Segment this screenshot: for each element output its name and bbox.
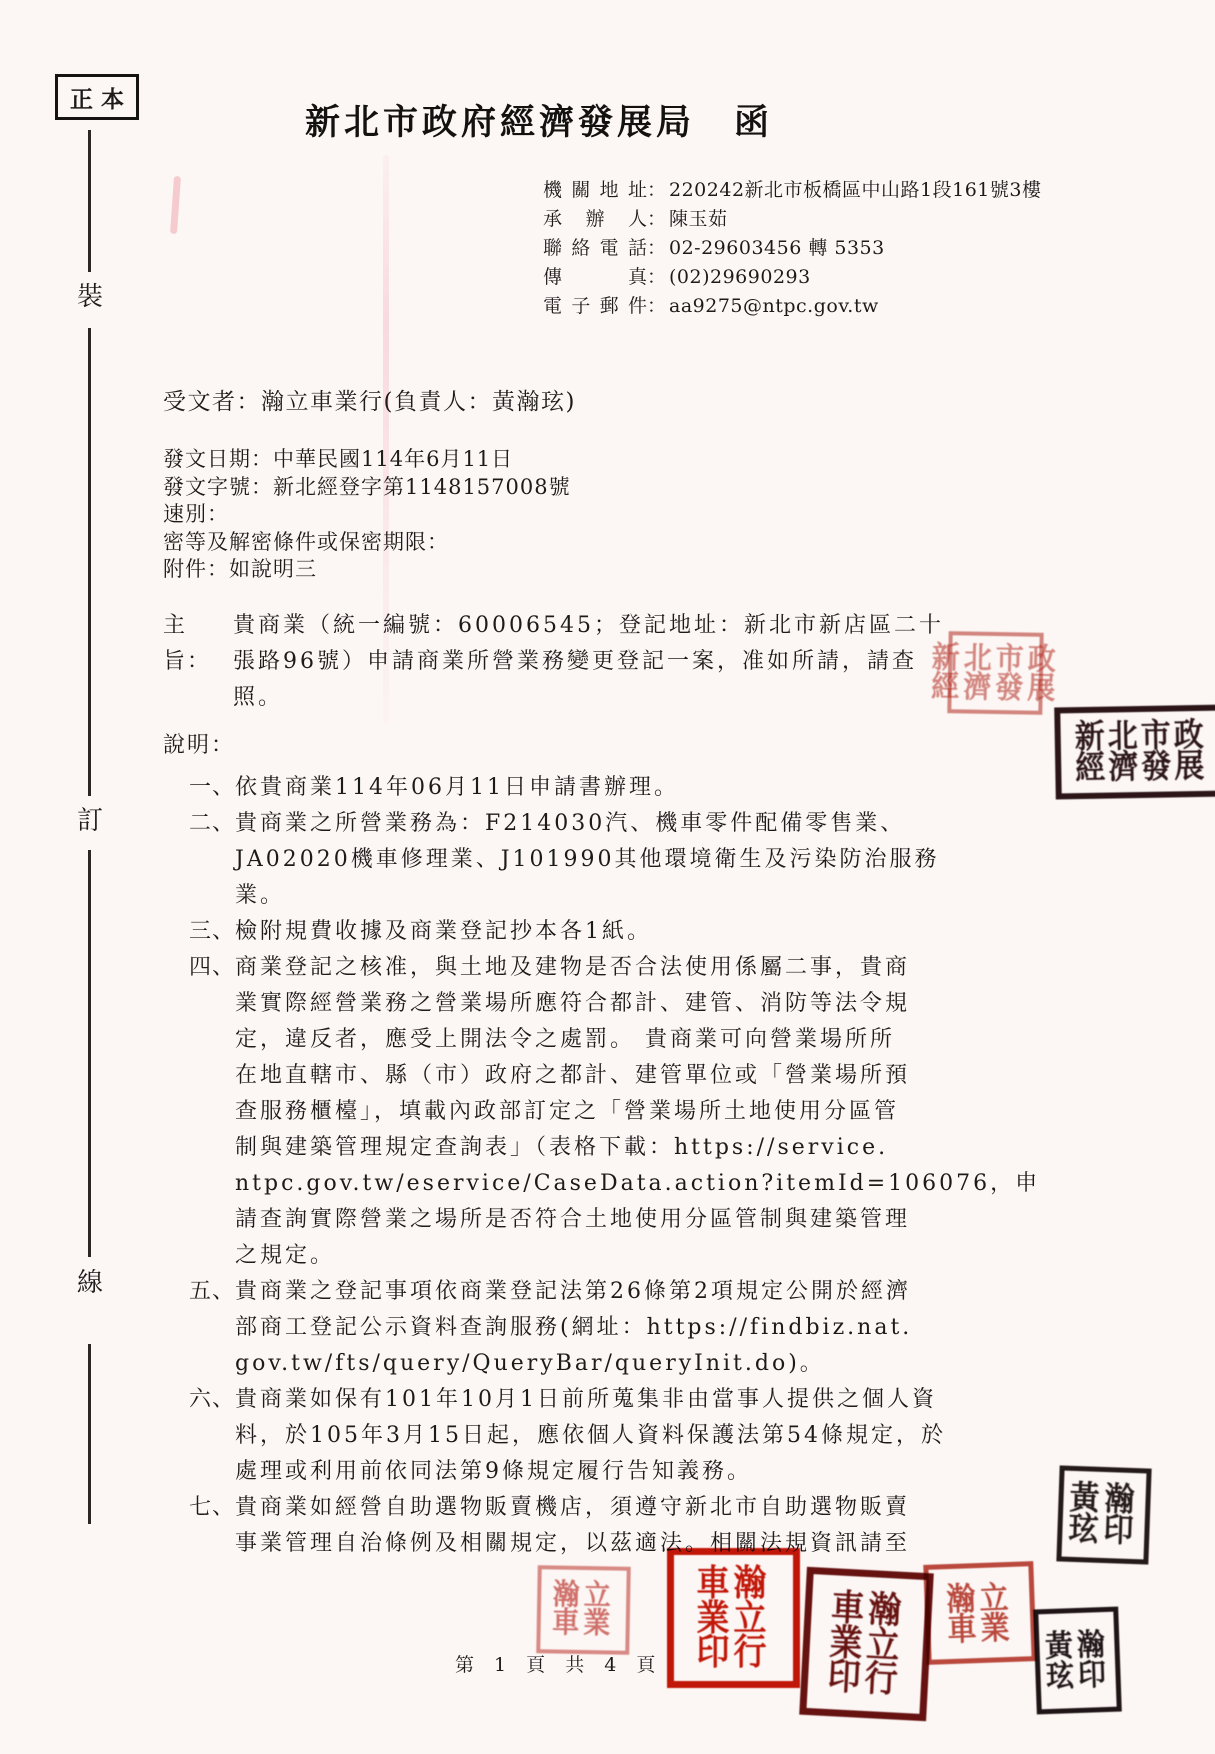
- seal-glyph-row: 車業: [947, 1611, 1014, 1646]
- binding-line: [88, 328, 91, 796]
- seal-glyph-row: 經濟發展: [931, 671, 1060, 705]
- agency-address-value: 220242新北市板橋區中山路1段161號3樓: [669, 179, 1041, 201]
- recipient-line: 受文者：瀚立車業行(負責人：黃瀚玹): [163, 383, 576, 416]
- subject-block: 主旨： 貴商業（統一編號：60006545；登記地址：新北市新店區二十張路96號…: [163, 608, 1063, 716]
- binding-line: [88, 1344, 91, 1524]
- item-number: 一、: [177, 770, 235, 806]
- shop-seal-red: 車瀚 業立 印行: [667, 1548, 800, 1688]
- item-number: 七、: [177, 1490, 235, 1562]
- binding-mark-xian: 線: [73, 1262, 107, 1299]
- agency-email-row: 電子郵件：aa9275@ntpc.gov.tw: [543, 292, 1041, 321]
- seal-glyph-row: 印行: [827, 1658, 903, 1699]
- shop-seal-darkred: 車瀚 業立 印行: [799, 1567, 934, 1721]
- seal-glyph-row: 經濟發展: [1075, 750, 1208, 786]
- copy-type-label: 正本: [70, 81, 132, 114]
- agency-phone-label: 聯絡電話: [543, 234, 647, 263]
- item-number: 六、: [177, 1382, 235, 1490]
- item-number: 二、: [177, 806, 235, 914]
- seal-glyph-row: 玹印: [1045, 1658, 1110, 1692]
- item-text: 貴商業如經營自助選物販賣機店，須遵守新北市自助選物販賣事業管理自治條例及相關規定…: [235, 1490, 910, 1562]
- list-item: 二、 貴商業之所營業務為：F214030汽、機車零件配備零售業、JA02020機…: [163, 806, 1063, 914]
- agency-address-row: 機關地址：220242新北市板橋區中山路1段161號3樓: [543, 176, 1041, 205]
- agency-phone-value: 02-29603456 轉 5353: [669, 237, 885, 259]
- item-text: 檢附規費收據及商業登記抄本各1紙。: [235, 914, 652, 950]
- agency-email-label: 電子郵件: [543, 292, 647, 321]
- seal-glyph-row: 印行: [697, 1634, 771, 1671]
- item-text: 貴商業之所營業務為：F214030汽、機車零件配備零售業、JA02020機車修理…: [235, 806, 940, 914]
- agency-handler-row: 承辦人：陳玉茹: [543, 205, 1041, 234]
- scanned-official-letter: 正本 裝 訂 線 新北市政府經濟發展局 函 機關地址：220242新北市板橋區中…: [0, 0, 1215, 1754]
- item-number: 三、: [177, 914, 235, 950]
- list-item: 七、 貴商業如經營自助選物販賣機店，須遵守新北市自助選物販賣事業管理自治條例及相…: [163, 1490, 1063, 1562]
- agency-email-value: aa9275@ntpc.gov.tw: [669, 295, 879, 317]
- agency-handler-value: 陳玉茹: [669, 208, 728, 230]
- shop-seal-faint: 瀚立 車業: [536, 1565, 631, 1655]
- owner-name-seal: 黃瀚 玹印: [1033, 1607, 1122, 1715]
- list-item: 三、 檢附規費收據及商業登記抄本各1紙。: [163, 914, 1063, 950]
- item-text: 貴商業如保有101年10月1日前所蒐集非由當事人提供之個人資料，於105年3月1…: [235, 1382, 946, 1490]
- shop-seal-red-small: 瀚立 車業: [923, 1561, 1036, 1665]
- scan-mark-artifact: [170, 176, 181, 234]
- binding-mark-zhuang: 裝: [73, 276, 107, 313]
- item-number: 五、: [177, 1274, 235, 1382]
- item-number: 四、: [177, 950, 235, 1274]
- item-text: 依貴商業114年06月11日申請書辦理。: [235, 770, 679, 806]
- explanation-label: 說明：: [163, 728, 1063, 764]
- list-item: 一、 依貴商業114年06月11日申請書辦理。: [163, 770, 1063, 806]
- agency-red-overlay-seal: 新北市政 經濟發展: [947, 631, 1043, 715]
- agency-fax-value: (02)29690293: [669, 266, 811, 288]
- binding-mark-ding: 訂: [73, 800, 107, 837]
- list-item: 四、 商業登記之核准，與土地及建物是否合法使用係屬二事，貴商業實際經營業務之營業…: [163, 950, 1063, 1274]
- item-text: 商業登記之核准，與土地及建物是否合法使用係屬二事，貴商業實際經營業務之營業場所應…: [235, 950, 1040, 1274]
- colon: ：: [647, 263, 669, 292]
- binding-line: [88, 850, 91, 1257]
- colon: ：: [647, 176, 669, 205]
- agency-official-seal: 新北市政 經濟發展: [1054, 705, 1215, 800]
- agency-fax-row: 傳真：(02)29690293: [543, 263, 1041, 292]
- subject-text: 貴商業（統一編號：60006545；登記地址：新北市新店區二十張路96號）申請商…: [233, 608, 944, 716]
- document-body: 主旨： 貴商業（統一編號：60006545；登記地址：新北市新店區二十張路96號…: [163, 608, 1063, 1562]
- document-meta: 發文日期：中華民國114年6月11日發文字號：新北經登字第1148157008號…: [163, 446, 571, 584]
- binding-line: [88, 130, 91, 272]
- agency-handler-label: 承辦人: [543, 205, 647, 234]
- seal-glyph-row: 車業: [552, 1608, 615, 1640]
- list-item: 六、 貴商業如保有101年10月1日前所蒐集非由當事人提供之個人資料，於105年…: [163, 1382, 1063, 1490]
- colon: ：: [647, 205, 669, 234]
- subject-label: 主旨：: [163, 608, 233, 716]
- seal-glyph-row: 玹印: [1068, 1513, 1139, 1549]
- agency-fax-label: 傳真: [543, 263, 647, 292]
- agency-contact-info: 機關地址：220242新北市板橋區中山路1段161號3樓 承辦人：陳玉茹 聯絡電…: [543, 176, 1041, 321]
- colon: ：: [647, 234, 669, 263]
- document-title: 新北市政府經濟發展局 函: [305, 95, 773, 145]
- agency-address-label: 機關地址: [543, 176, 647, 205]
- page-number: 第 1 頁 共 4 頁: [455, 1650, 662, 1677]
- explanation-items: 一、 依貴商業114年06月11日申請書辦理。 二、 貴商業之所營業務為：F21…: [163, 770, 1063, 1562]
- colon: ：: [647, 292, 669, 321]
- list-item: 五、 貴商業之登記事項依商業登記法第26條第2項規定公開於經濟部商工登記公示資料…: [163, 1274, 1063, 1382]
- owner-name-seal: 黃瀚 玹印: [1056, 1465, 1151, 1564]
- item-text: 貴商業之登記事項依商業登記法第26條第2項規定公開於經濟部商工登記公示資料查詢服…: [235, 1274, 912, 1382]
- copy-type-box: 正本: [55, 74, 139, 120]
- agency-phone-row: 聯絡電話：02-29603456 轉 5353: [543, 234, 1041, 263]
